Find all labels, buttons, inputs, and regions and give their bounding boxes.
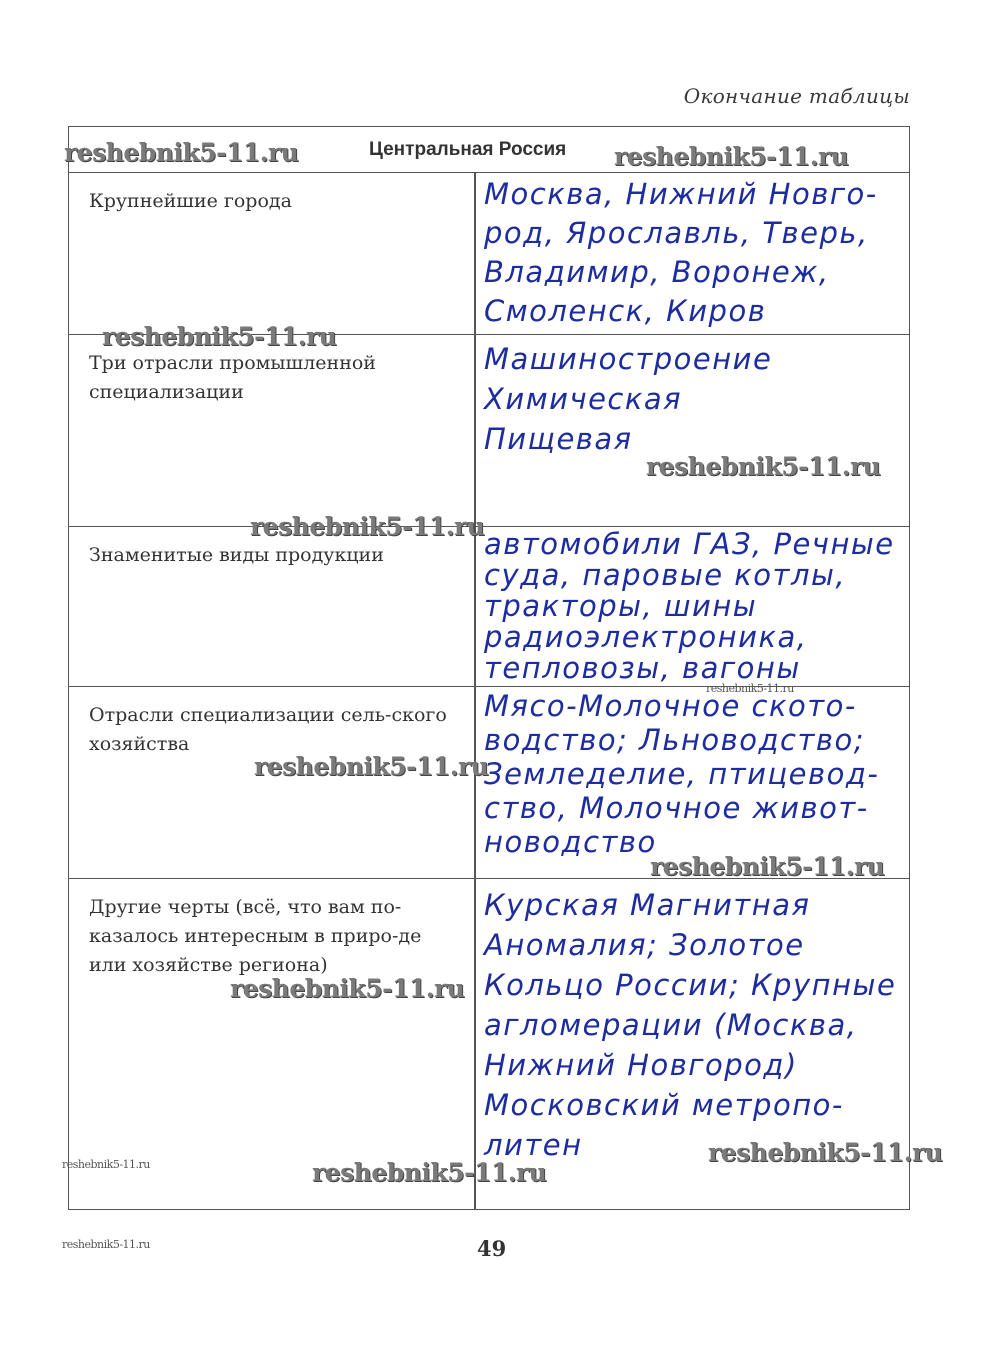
- answer-line: Курская Магнитная: [484, 885, 909, 925]
- answer-line: Химическая: [484, 379, 909, 419]
- row-answer: Машиностроение Химическая Пищевая: [484, 339, 909, 459]
- answer-line: Смоленск, Киров: [484, 292, 909, 331]
- region-table: Центральная Россия Крупнейшие города Мос…: [68, 126, 910, 1210]
- row-answer: Мясо-Молочное ското- водство; Льноводств…: [484, 689, 909, 859]
- answer-line: тепловозы, вагоны: [484, 653, 909, 684]
- table-row: Знаменитые виды продукции автомобили ГАЗ…: [69, 527, 909, 687]
- watermark: reshebnik5-11.ru: [708, 1138, 942, 1167]
- table-row: Три отрасли промышленной специализации М…: [69, 335, 909, 527]
- answer-line: Мясо-Молочное ското-: [484, 689, 909, 723]
- row-answer: Москва, Нижний Новго- род, Ярославль, Тв…: [484, 175, 909, 331]
- watermark: reshebnik5-11.ru: [254, 752, 488, 781]
- watermark: reshebnik5-11.ru: [230, 974, 464, 1003]
- answer-line: тракторы, шины: [484, 591, 909, 622]
- answer-line: автомобили ГАЗ, Речные: [484, 529, 909, 560]
- answer-line: Владимир, Воронеж,: [484, 253, 909, 292]
- answer-line: род, Ярославль, Тверь,: [484, 214, 909, 253]
- watermark: reshebnik5-11.ru: [706, 682, 794, 695]
- watermark: reshebnik5-11.ru: [646, 452, 880, 481]
- watermark: reshebnik5-11.ru: [102, 322, 336, 351]
- row-label: Отрасли специализации сель-ского хозяйст…: [89, 701, 459, 759]
- answer-line: радиоэлектроника,: [484, 622, 909, 653]
- answer-line: суда, паровые котлы,: [484, 560, 909, 591]
- row-label: Знаменитые виды продукции: [89, 541, 449, 570]
- row-answer: автомобили ГАЗ, Речные суда, паровые кот…: [484, 529, 909, 684]
- table-row: Крупнейшие города Москва, Нижний Новго- …: [69, 173, 909, 335]
- answer-line: Машиностроение: [484, 339, 909, 379]
- answer-line: водство; Льноводство;: [484, 723, 909, 757]
- watermark: reshebnik5-11.ru: [64, 138, 298, 167]
- watermark: reshebnik5-11.ru: [250, 512, 484, 541]
- row-answer: Курская Магнитная Аномалия; Золотое Коль…: [484, 885, 909, 1165]
- answer-line: Земледелие, птицевод-: [484, 757, 909, 791]
- answer-line: ство, Молочное живот-: [484, 791, 909, 825]
- answer-line: Нижний Новгород): [484, 1045, 909, 1085]
- page-number: 49: [477, 1236, 506, 1261]
- watermark: reshebnik5-11.ru: [650, 852, 884, 881]
- row-label: Три отрасли промышленной специализации: [89, 349, 429, 407]
- answer-line: агломерации (Москва,: [484, 1005, 909, 1045]
- answer-line: Кольцо России; Крупные: [484, 965, 909, 1005]
- region-title: Центральная Россия: [369, 139, 566, 161]
- row-label: Крупнейшие города: [89, 187, 449, 216]
- row-label: Другие черты (всё, что вам по-казалось и…: [89, 893, 459, 980]
- watermark: reshebnik5-11.ru: [62, 1238, 150, 1251]
- answer-line: Москва, Нижний Новго-: [484, 175, 909, 214]
- answer-line: Аномалия; Золотое: [484, 925, 909, 965]
- watermark: reshebnik5-11.ru: [614, 142, 848, 171]
- answer-line: Московский метропо-: [484, 1085, 909, 1125]
- watermark: reshebnik5-11.ru: [312, 1158, 546, 1187]
- watermark: reshebnik5-11.ru: [62, 1158, 150, 1171]
- table-row: Отрасли специализации сель-ского хозяйст…: [69, 687, 909, 879]
- table-caption: Окончание таблицы: [684, 84, 910, 108]
